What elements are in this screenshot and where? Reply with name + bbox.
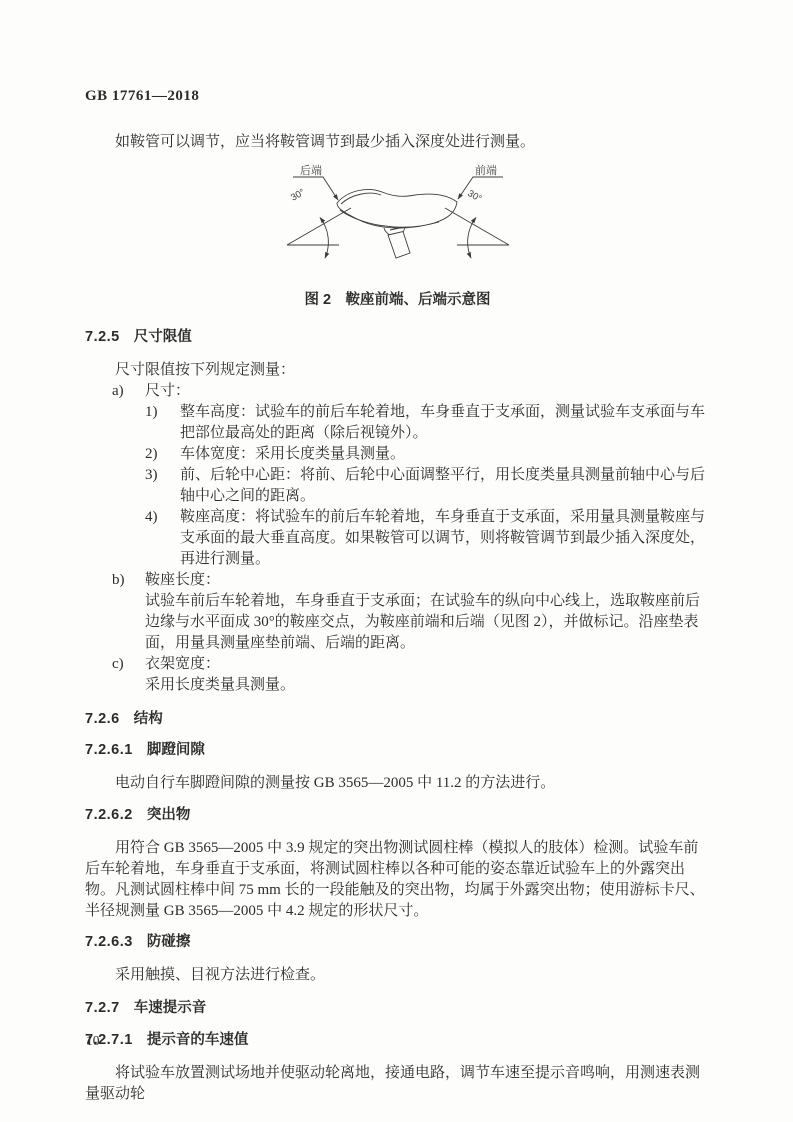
document-page: GB 17761—2018 如鞍管可以调节，应当将鞍管调节到最少插入深度处进行测… bbox=[0, 0, 793, 1122]
right-angle-arc bbox=[467, 218, 475, 259]
section-number: 7.2.7 bbox=[85, 1000, 120, 1016]
list-item-c: c) 衣架宽度： bbox=[85, 654, 710, 675]
standard-number-header: GB 17761—2018 bbox=[85, 86, 710, 107]
section-title: 尺寸限值 bbox=[134, 329, 192, 345]
list-item-label: b) bbox=[112, 570, 145, 591]
list-item-label: 3) bbox=[145, 465, 180, 507]
intro-paragraph: 如鞍管可以调节，应当将鞍管调节到最少插入深度处进行测量。 bbox=[85, 132, 710, 153]
list-item-a: a) 尺寸： bbox=[85, 381, 710, 402]
section-heading-7-2-7-1: 7.2.7.1提示音的车速值 bbox=[85, 1030, 710, 1051]
list-item-a4: 4) 鞍座高度：将试验车的前后车轮着地，车身垂直于支承面，采用量具测量鞍座与支承… bbox=[85, 507, 710, 570]
figure-saddle-diagram: 后端 前端 30° 30° bbox=[279, 157, 517, 283]
list-item-label: c) bbox=[112, 654, 145, 675]
list-item-label: 1) bbox=[145, 402, 180, 444]
dimension-lead-paragraph: 尺寸限值按下列规定测量： bbox=[85, 360, 710, 381]
left-angle-value: 30° bbox=[289, 187, 307, 204]
saddle-schematic-drawing: 后端 前端 30° 30° bbox=[279, 157, 517, 283]
section-title: 提示音的车速值 bbox=[147, 1032, 249, 1048]
front-end-label: 前端 bbox=[475, 163, 497, 177]
list-item-b-body: 试验车前后车轮着地，车身垂直于支承面；在试验车的纵向中心线上，选取鞍座前后边缘与… bbox=[145, 591, 710, 654]
list-item-label: 4) bbox=[145, 507, 180, 570]
list-item-label: a) bbox=[112, 381, 145, 402]
left-angle-arc bbox=[320, 218, 328, 259]
section-heading-7-2-6-2: 7.2.6.2突出物 bbox=[85, 805, 710, 826]
section-number: 7.2.6 bbox=[85, 711, 120, 727]
left-angle-incline bbox=[287, 208, 351, 245]
section-heading-7-2-6-1: 7.2.6.1脚蹬间隙 bbox=[85, 740, 710, 761]
protrusion-paragraph: 用符合 GB 3565—2005 中 3.9 规定的突出物测试圆柱棒（模拟人的肢… bbox=[85, 838, 710, 922]
list-item-b: b) 鞍座长度： bbox=[85, 570, 710, 591]
speed-alert-paragraph: 将试验车放置测试场地并使驱动轮离地，接通电路，调节车速至提示音鸣响，用测速表测量… bbox=[85, 1063, 710, 1105]
list-item-label: 2) bbox=[145, 444, 180, 465]
section-title: 突出物 bbox=[147, 807, 191, 823]
list-item-text: 车体宽度：采用长度类量具测量。 bbox=[180, 444, 710, 465]
rear-end-label: 后端 bbox=[300, 163, 322, 177]
right-angle-incline bbox=[445, 208, 509, 245]
section-heading-7-2-7: 7.2.7车速提示音 bbox=[85, 998, 710, 1019]
list-item-a2: 2) 车体宽度：采用长度类量具测量。 bbox=[85, 444, 710, 465]
seat-post bbox=[388, 232, 410, 259]
list-item-text: 鞍座高度：将试验车的前后车轮着地，车身垂直于支承面，采用量具测量鞍座与支承面的最… bbox=[180, 507, 710, 570]
list-item-title: 尺寸： bbox=[145, 381, 710, 402]
list-item-a3: 3) 前、后轮中心距：将前、后轮中心面调整平行，用长度类量具测量前轴中心与后轴中… bbox=[85, 465, 710, 507]
anti-scrape-paragraph: 采用触摸、目视方法进行检查。 bbox=[85, 965, 710, 986]
section-title: 车速提示音 bbox=[134, 1000, 207, 1016]
page-number: 10 bbox=[86, 1030, 100, 1051]
figure-caption: 图 2 鞍座前端、后端示意图 bbox=[85, 290, 710, 311]
pedal-clearance-paragraph: 电动自行车脚蹬间隙的测量按 GB 3565—2005 中 11.2 的方法进行。 bbox=[85, 773, 710, 794]
list-item-text: 前、后轮中心距：将前、后轮中心面调整平行，用长度类量具测量前轴中心与后轴中心之间… bbox=[180, 465, 710, 507]
section-number: 7.2.6.1 bbox=[85, 742, 133, 758]
section-title: 脚蹬间隙 bbox=[147, 742, 205, 758]
section-title: 防碰擦 bbox=[147, 934, 191, 950]
section-heading-7-2-6-3: 7.2.6.3防碰擦 bbox=[85, 932, 710, 953]
list-item-title: 衣架宽度： bbox=[145, 654, 710, 675]
section-number: 7.2.5 bbox=[85, 329, 120, 345]
section-heading-7-2-5: 7.2.5尺寸限值 bbox=[85, 327, 710, 348]
list-item-c-body: 采用长度类量具测量。 bbox=[145, 675, 710, 696]
right-angle-value: 30° bbox=[465, 188, 483, 205]
section-title: 结构 bbox=[134, 711, 163, 727]
list-item-title: 鞍座长度： bbox=[145, 570, 710, 591]
list-item-a1: 1) 整车高度：试验车的前后车轮着地，车身垂直于支承面，测量试验车支承面与车把部… bbox=[85, 402, 710, 444]
list-item-text: 整车高度：试验车的前后车轮着地，车身垂直于支承面，测量试验车支承面与车把部位最高… bbox=[180, 402, 710, 444]
section-number: 7.2.6.3 bbox=[85, 934, 133, 950]
section-number: 7.2.6.2 bbox=[85, 807, 133, 823]
section-heading-7-2-6: 7.2.6结构 bbox=[85, 709, 710, 730]
